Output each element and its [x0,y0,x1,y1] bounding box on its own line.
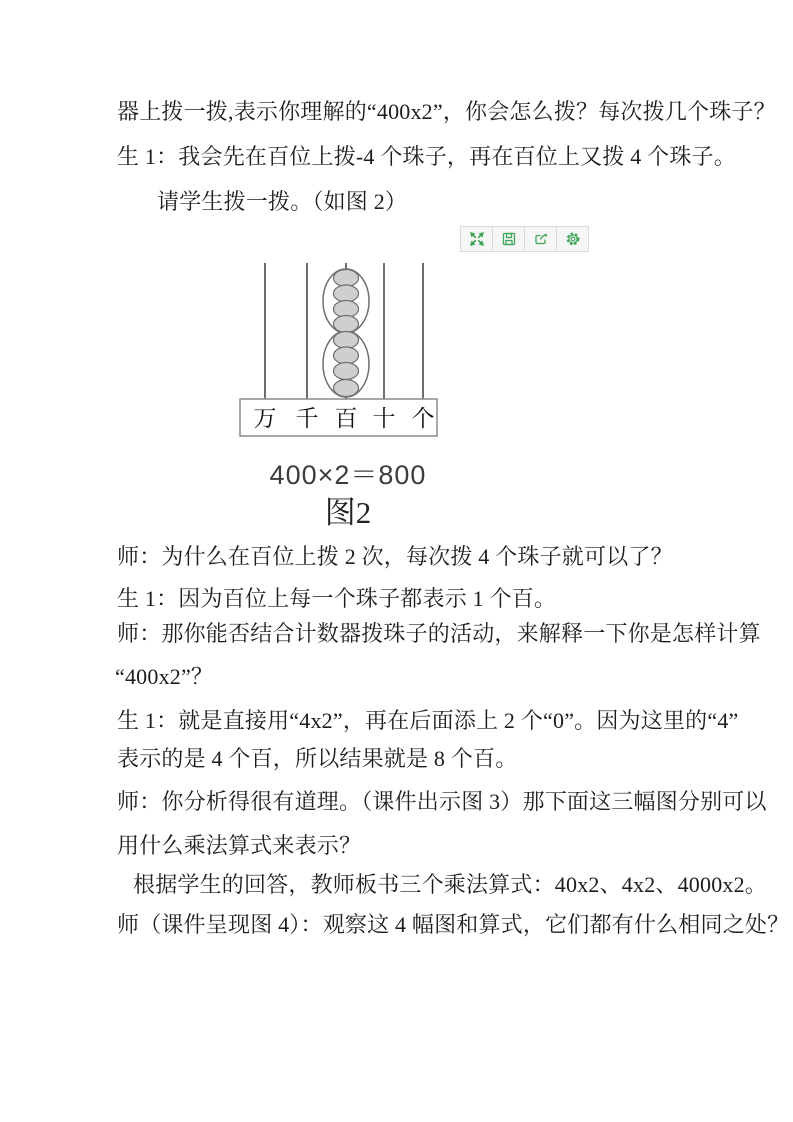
paragraph-line: 师：那你能否结合计数器拨珠子的活动，来解释一下你是怎样计算 [117,620,761,647]
abacus-bead [334,363,359,380]
abacus-bead [334,270,359,287]
place-label: 千 [296,406,319,431]
paragraph-line: 师：为什么在百位上拨 2 次，每次拨 4 个珠子就可以了？ [117,543,673,570]
fullscreen-icon [469,231,485,247]
paragraph-line: 表示的是 4 个百，所以结果就是 8 个百。 [117,745,517,772]
paragraph-line: 用什么乘法算式来表示？ [117,832,361,859]
image-toolbar [461,226,589,252]
figure-caption: 图2 [240,487,456,532]
paragraph-line: 请学生拨一拨。（如图 2） [157,188,407,215]
abacus-bead [334,380,359,397]
place-label: 十 [373,406,396,431]
abacus-bead [334,285,359,302]
abacus-bead [334,347,359,364]
paragraph-line: 师（课件呈现图 4）：观察这 4 幅图和算式，它们都有什么相同之处？ [117,911,789,938]
place-label: 个 [412,406,435,431]
paragraph-line: 生 1：我会先在百位上拨-4 个珠子，再在百位上又拨 4 个珠子。 [117,143,736,170]
gear-icon [565,231,581,247]
document-page: 器上拨一拨,表示你理解的“400x2”，你会怎么拨？每次拨几个珠子？ 生 1：我… [0,0,793,1122]
paragraph-line: 器上拨一拨,表示你理解的“400x2”，你会怎么拨？每次拨几个珠子？ [117,98,776,125]
abacus-bead [334,316,359,333]
paragraph-line: 生 1：就是直接用“4x2”，再在后面添上 2 个“0”。因为这里的“4” [117,707,739,734]
fullscreen-button[interactable] [460,226,493,252]
paragraph-line: 师：你分析得很有道理。（课件出示图 3）那下面这三幅图分别可以 [117,788,767,815]
place-label: 百 [335,406,358,431]
paragraph-line: 生 1：因为百位上每一个珠子都表示 1 个百。 [117,585,556,612]
paragraph-line: 根据学生的回答，教师板书三个乘法算式：40x2、4x2、4000x2。 [133,871,767,898]
share-button[interactable] [524,226,557,252]
abacus-bead [334,332,359,349]
save-icon [501,231,517,247]
save-button[interactable] [492,226,525,252]
share-icon [533,231,549,247]
paragraph-line: “400x2”？ [115,663,213,690]
settings-button[interactable] [556,226,589,252]
abacus-figure[interactable]: 万 千 百 十 个 [238,258,443,440]
place-label: 万 [254,406,277,431]
